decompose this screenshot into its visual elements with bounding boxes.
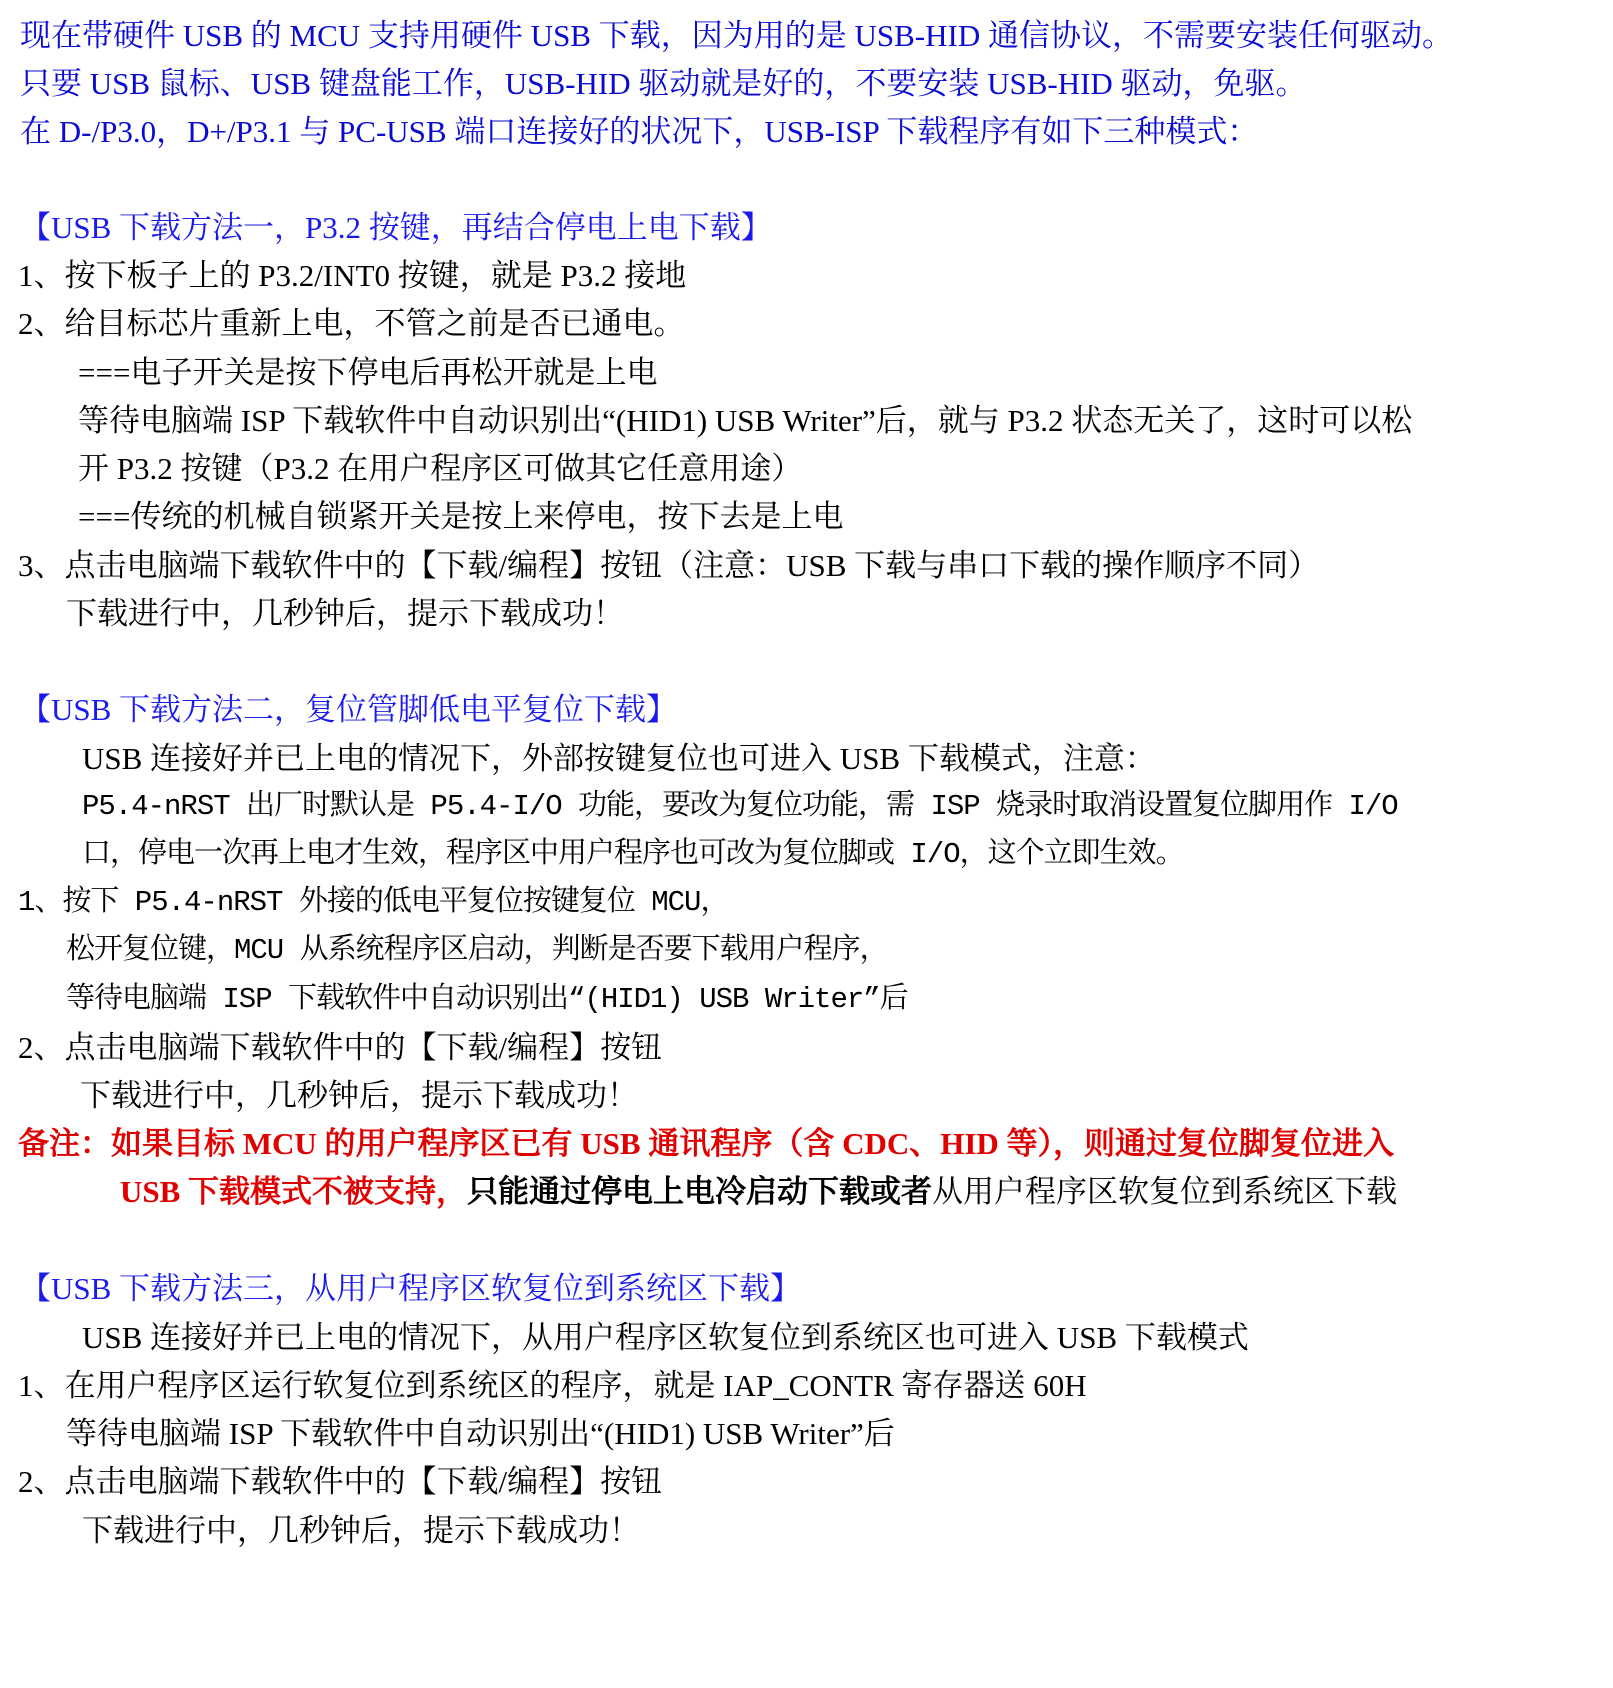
method2-nrst-note-cont: 口，停电一次再上电才生效，程序区中用户程序也可改为复位脚或 I/O，这个立即生效… — [82, 835, 1184, 875]
method1-step-3: 3、点击电脑端下载软件中的【下载/编程】按钮（注意：USB 下载与串口下载的操作… — [18, 546, 1319, 586]
remark-cold-boot: 只能通过停电上电冷启动下载或者 — [467, 1174, 932, 1209]
method1-release-p32: 开 P3.2 按键（P3.2 在用户程序区可做其它任意用途） — [78, 449, 802, 489]
remark-soft-reset: 从用户程序区软复位到系统区下载 — [932, 1174, 1397, 1209]
method1-wait-detect: 等待电脑端 ISP 下载软件中自动识别出“(HID1) USB Writer”后… — [78, 401, 1412, 441]
method2-remark-line-1: 备注：如果目标 MCU 的用户程序区已有 USB 通讯程序（含 CDC、HID … — [18, 1124, 1394, 1164]
method3-success: 下载进行中，几秒钟后，提示下载成功！ — [82, 1511, 640, 1551]
method2-step-2: 2、点击电脑端下载软件中的【下载/编程】按钮 — [18, 1028, 662, 1068]
intro-line-3: 在 D-/P3.0，D+/P3.1 与 PC-USB 端口连接好的状况下，USB… — [20, 112, 1258, 152]
method1-note-electronic-switch: ===电子开关是按下停电后再松开就是上电 — [78, 353, 657, 393]
method2-step-1: 1、按下 P5.4-nRST 外接的低电平复位按键复位 MCU， — [18, 883, 728, 923]
method3-wait-detect: 等待电脑端 ISP 下载软件中自动识别出“(HID1) USB Writer”后 — [66, 1414, 895, 1454]
method2-remark-line-2: USB 下载模式不被支持，只能通过停电上电冷启动下载或者从用户程序区软复位到系统… — [120, 1172, 1397, 1212]
method2-release-reset: 松开复位键，MCU 从系统程序区启动，判断是否要下载用户程序， — [66, 931, 888, 971]
method1-note-mechanical-switch: ===传统的机械自锁紧开关是按上来停电，按下去是上电 — [78, 497, 843, 537]
method2-nrst-note: P5.4-nRST 出厂时默认是 P5.4-I/O 功能，要改为复位功能，需 I… — [82, 787, 1398, 827]
method1-step-2: 2、给目标芯片重新上电，不管之前是否已通电。 — [18, 304, 685, 344]
method3-title: 【USB 下载方法三，从用户程序区软复位到系统区下载】 — [20, 1269, 801, 1309]
method2-title: 【USB 下载方法二，复位管脚低电平复位下载】 — [20, 690, 677, 730]
method1-step-1: 1、按下板子上的 P3.2/INT0 按键，就是 P3.2 接地 — [18, 256, 686, 296]
method3-step-1: 1、在用户程序区运行软复位到系统区的程序，就是 IAP_CONTR 寄存器送 6… — [18, 1366, 1087, 1406]
intro-line-2: 只要 USB 鼠标、USB 键盘能工作，USB-HID 驱动就是好的，不要安装 … — [20, 64, 1307, 104]
method3-intro: USB 连接好并已上电的情况下，从用户程序区软复位到系统区也可进入 USB 下载… — [82, 1318, 1249, 1358]
method1-title: 【USB 下载方法一，P3.2 按键，再结合停电上电下载】 — [20, 208, 772, 248]
intro-line-1: 现在带硬件 USB 的 MCU 支持用硬件 USB 下载，因为用的是 USB-H… — [20, 16, 1453, 56]
remark-unsupported: USB 下载模式不被支持， — [120, 1174, 467, 1209]
method2-intro: USB 连接好并已上电的情况下，外部按键复位也可进入 USB 下载模式，注意： — [82, 739, 1156, 779]
method1-success: 下载进行中，几秒钟后，提示下载成功！ — [66, 594, 624, 634]
method2-success: 下载进行中，几秒钟后，提示下载成功！ — [80, 1076, 638, 1116]
method3-step-2: 2、点击电脑端下载软件中的【下载/编程】按钮 — [18, 1462, 662, 1502]
method2-wait-detect: 等待电脑端 ISP 下载软件中自动识别出“(HID1) USB Writer”后 — [66, 980, 908, 1020]
